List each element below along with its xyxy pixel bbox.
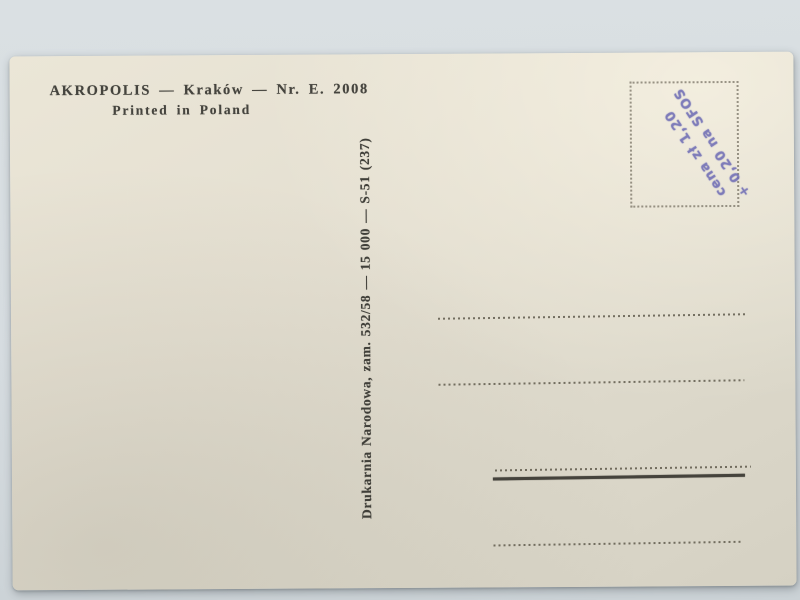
publisher-imprint: AKROPOLIS — Kraków — Nr. E. 2008 Printed… [50,82,314,120]
address-dotted-line-2 [438,379,744,386]
printer-imprint-vertical: Drukarnia Narodowa, zam. 532/58 — 15 000… [357,137,375,519]
address-solid-line [493,474,745,481]
address-dotted-line-3 [495,466,751,472]
address-dotted-line-4 [493,541,743,547]
publisher-title-line: AKROPOLIS — Kraków — Nr. E. 2008 [50,82,314,101]
printed-in-poland-line: Printed in Poland [50,102,314,120]
address-dotted-line-1 [438,313,746,320]
photo-background: AKROPOLIS — Kraków — Nr. E. 2008 Printed… [0,0,800,600]
postcard-back: AKROPOLIS — Kraków — Nr. E. 2008 Printed… [9,52,796,591]
